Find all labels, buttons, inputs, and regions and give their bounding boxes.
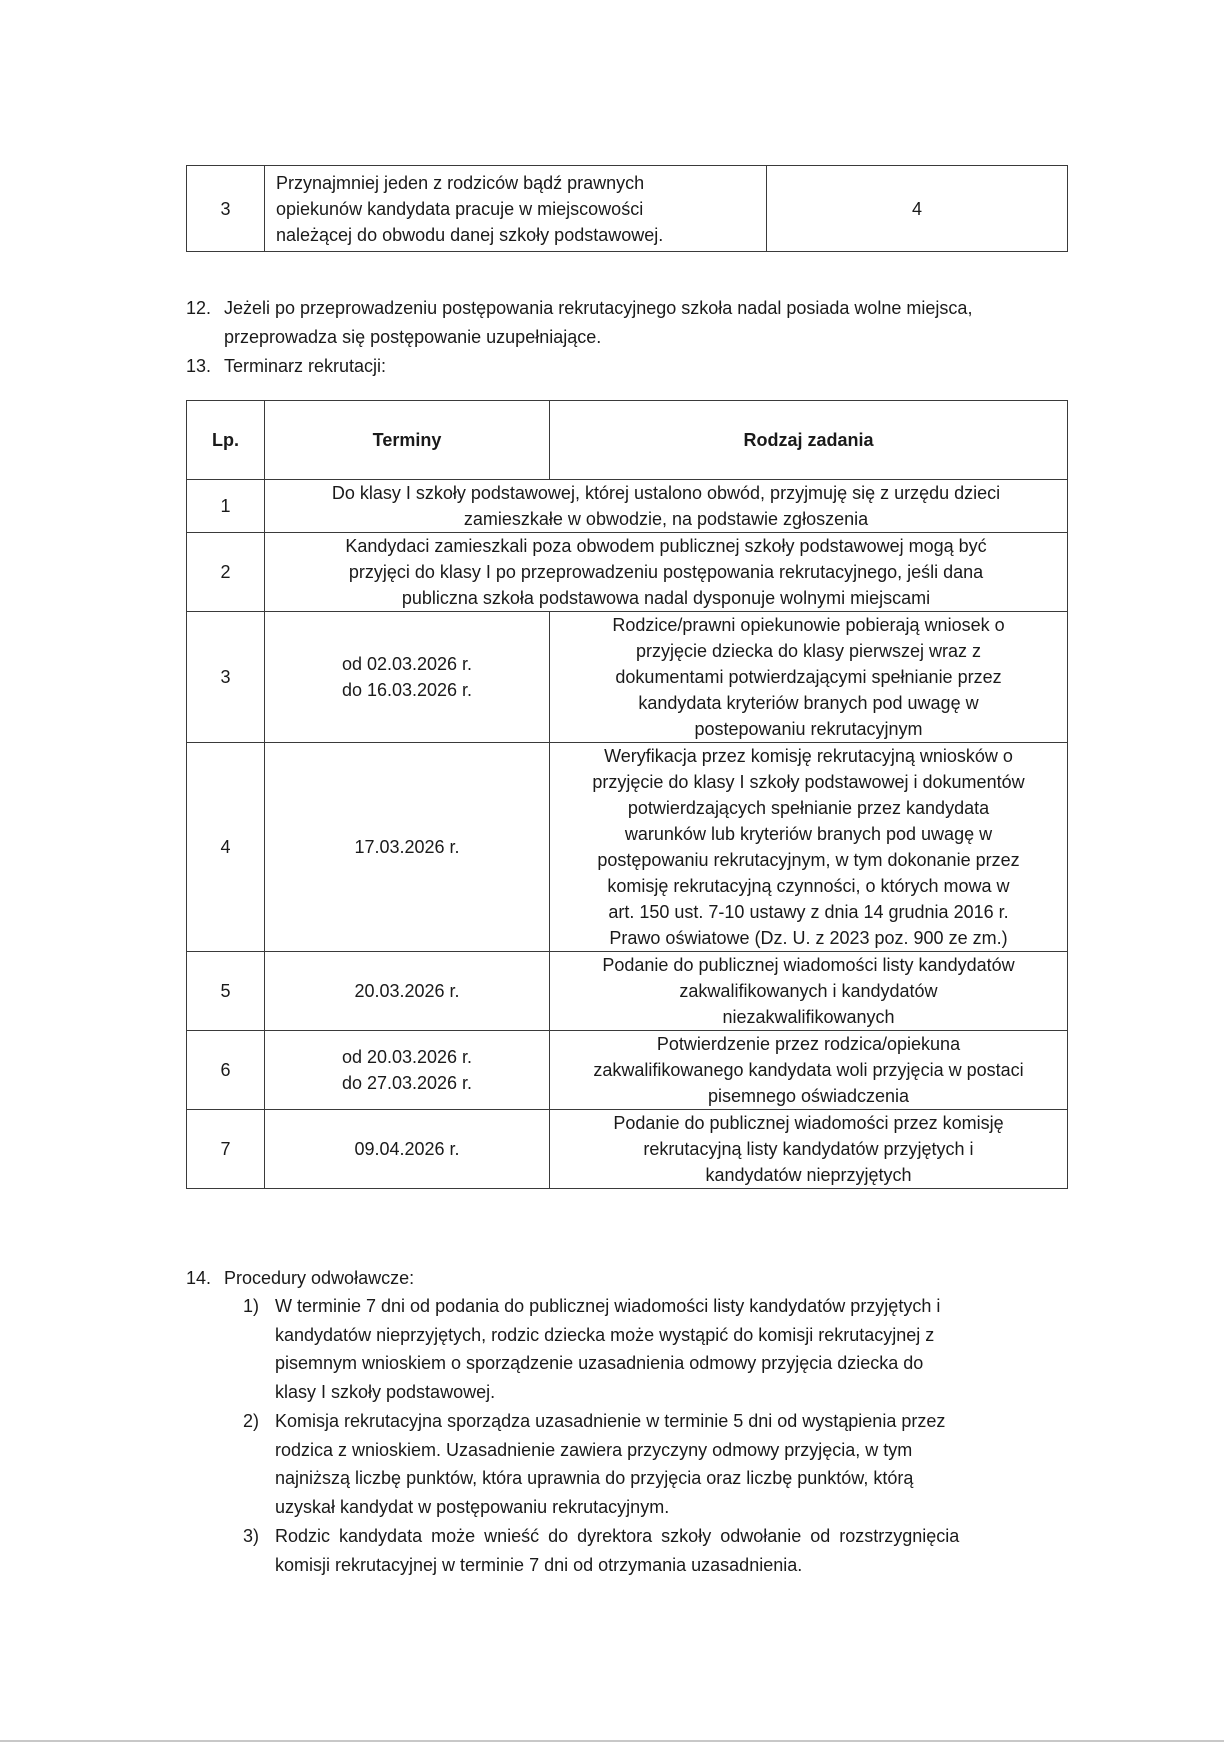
task-description: Podanie do publicznej wiadomości listy k… bbox=[550, 952, 1068, 1031]
list-marker: 1) bbox=[243, 1292, 259, 1321]
text-line: Do klasy I szkoły podstawowej, której us… bbox=[271, 480, 1061, 506]
text-line: komisję rekrutacyjną czynności, o któryc… bbox=[556, 873, 1061, 899]
schedule-table: Lp. Terminy Rodzaj zadania 1Do klasy I s… bbox=[186, 400, 1068, 1189]
section-13: 13.Terminarz rekrutacji: bbox=[186, 352, 386, 381]
text-line: art. 150 ust. 7-10 ustawy z dnia 14 grud… bbox=[556, 899, 1061, 925]
criteria-table: 3 Przynajmniej jeden z rodziców bądź pra… bbox=[186, 165, 1068, 252]
table-row: 3od 02.03.2026 r.do 16.03.2026 r.Rodzice… bbox=[187, 612, 1068, 743]
text-line: kandydatów nieprzyjętych, rodzic dziecka… bbox=[275, 1321, 1070, 1350]
text-line: postepowaniu rekrutacyjnym bbox=[556, 716, 1061, 742]
text-line: kandydatów nieprzyjętych bbox=[556, 1162, 1061, 1188]
task-description: Potwierdzenie przez rodzica/opiekunazakw… bbox=[550, 1031, 1068, 1110]
table-row: 3 Przynajmniej jeden z rodziców bądź pra… bbox=[187, 166, 1068, 252]
text-line: od 20.03.2026 r. bbox=[265, 1044, 549, 1070]
row-number: 6 bbox=[187, 1031, 265, 1110]
text-line: Prawo oświatowe (Dz. U. z 2023 poz. 900 … bbox=[556, 925, 1061, 951]
text-line: Przynajmniej jeden z rodziców bądź prawn… bbox=[276, 170, 766, 196]
term-dates: od 20.03.2026 r.do 27.03.2026 r. bbox=[265, 1031, 550, 1110]
text-line: warunków lub kryteriów branych pod uwagę… bbox=[556, 821, 1061, 847]
text-line: uzyskał kandydat w postępowaniu rekrutac… bbox=[275, 1493, 1070, 1522]
text-line: przyjęci do klasy I po przeprowadzeniu p… bbox=[271, 559, 1061, 585]
text-line: Weryfikacja przez komisję rekrutacyjną w… bbox=[556, 743, 1061, 769]
section-12-continuation: przeprowadza się postępowanie uzupełniaj… bbox=[224, 323, 601, 352]
text-line: niezakwalifikowanych bbox=[556, 1004, 1061, 1030]
text-line: postępowaniu rekrutacyjnym, w tym dokona… bbox=[556, 847, 1061, 873]
text-line: W terminie 7 dni od podania do publiczne… bbox=[275, 1292, 1070, 1321]
table-row: 417.03.2026 r.Weryfikacja przez komisję … bbox=[187, 743, 1068, 952]
criteria-description: Przynajmniej jeden z rodziców bądź prawn… bbox=[265, 166, 767, 252]
list-marker: 3) bbox=[243, 1522, 259, 1551]
row-number: 1 bbox=[187, 480, 265, 533]
section-14: 14.Procedury odwoławcze: bbox=[186, 1264, 414, 1293]
page-bottom-edge bbox=[0, 1740, 1224, 1742]
section-title: Terminarz rekrutacji: bbox=[224, 356, 386, 376]
table-row: 2Kandydaci zamieszkali poza obwodem publ… bbox=[187, 533, 1068, 612]
text-line: 20.03.2026 r. bbox=[265, 978, 549, 1004]
text-line: Rodzice/prawni opiekunowie pobierają wni… bbox=[556, 612, 1061, 638]
term-dates: od 02.03.2026 r.do 16.03.2026 r. bbox=[265, 612, 550, 743]
text-line: dokumentami potwierdzającymi spełnianie … bbox=[556, 664, 1061, 690]
task-description: Podanie do publicznej wiadomości przez k… bbox=[550, 1110, 1068, 1189]
row-number: 5 bbox=[187, 952, 265, 1031]
section-12: 12.Jeżeli po przeprowadzeniu postępowani… bbox=[186, 294, 972, 323]
section-text-line: Jeżeli po przeprowadzeniu postępowania r… bbox=[224, 298, 972, 318]
text-line: do 16.03.2026 r. bbox=[265, 677, 549, 703]
text-line: przyjęcie dziecka do klasy pierwszej wra… bbox=[556, 638, 1061, 664]
merged-description: Do klasy I szkoły podstawowej, której us… bbox=[265, 480, 1068, 533]
schedule-table-body: 1Do klasy I szkoły podstawowej, której u… bbox=[187, 480, 1068, 1189]
criteria-points: 4 bbox=[767, 166, 1068, 252]
text-line: Podanie do publicznej wiadomości listy k… bbox=[556, 952, 1061, 978]
row-number: 2 bbox=[187, 533, 265, 612]
text-line: do 27.03.2026 r. bbox=[265, 1070, 549, 1096]
text-line: kandydata kryteriów branych pod uwagę w bbox=[556, 690, 1061, 716]
task-description: Weryfikacja przez komisję rekrutacyjną w… bbox=[550, 743, 1068, 952]
text-line: zamieszkałe w obwodzie, na podstawie zgł… bbox=[271, 506, 1061, 532]
text-line: zakwalifikowanych i kandydatów bbox=[556, 978, 1061, 1004]
text-line: Komisja rekrutacyjna sporządza uzasadnie… bbox=[275, 1407, 1070, 1436]
table-row: 709.04.2026 r.Podanie do publicznej wiad… bbox=[187, 1110, 1068, 1189]
text-line: opiekunów kandydata pracuje w miejscowoś… bbox=[276, 196, 766, 222]
text-line: pisemnym wnioskiem o sporządzenie uzasad… bbox=[275, 1349, 1070, 1378]
text-line: rekrutacyjną listy kandydatów przyjętych… bbox=[556, 1136, 1061, 1162]
section-title: Procedury odwoławcze: bbox=[224, 1268, 414, 1288]
row-number: 7 bbox=[187, 1110, 265, 1189]
appeal-item-3: 3) Rodzic kandydata może wnieść do dyrek… bbox=[275, 1522, 1070, 1579]
text-line: 17.03.2026 r. bbox=[265, 834, 549, 860]
text-line: publiczna szkoła podstawowa nadal dyspon… bbox=[271, 585, 1061, 611]
merged-description: Kandydaci zamieszkali poza obwodem publi… bbox=[265, 533, 1068, 612]
term-dates: 20.03.2026 r. bbox=[265, 952, 550, 1031]
section-number: 12. bbox=[186, 294, 224, 323]
appeal-item-1: 1) W terminie 7 dni od podania do public… bbox=[275, 1292, 1070, 1406]
row-number: 3 bbox=[187, 612, 265, 743]
text-line: pisemnego oświadczenia bbox=[556, 1083, 1061, 1109]
text-line: najniższą liczbę punktów, która uprawnia… bbox=[275, 1464, 1070, 1493]
text-line: potwierdzających spełnianie przez kandyd… bbox=[556, 795, 1061, 821]
term-dates: 17.03.2026 r. bbox=[265, 743, 550, 952]
table-row: 520.03.2026 r.Podanie do publicznej wiad… bbox=[187, 952, 1068, 1031]
text-line: rodzica z wnioskiem. Uzasadnienie zawier… bbox=[275, 1436, 1070, 1465]
section-number: 14. bbox=[186, 1264, 224, 1293]
table-header-row: Lp. Terminy Rodzaj zadania bbox=[187, 401, 1068, 480]
task-description: Rodzice/prawni opiekunowie pobierają wni… bbox=[550, 612, 1068, 743]
table-row: 1Do klasy I szkoły podstawowej, której u… bbox=[187, 480, 1068, 533]
text-line: komisji rekrutacyjnej w terminie 7 dni o… bbox=[275, 1551, 1070, 1580]
appeal-item-2: 2) Komisja rekrutacyjna sporządza uzasad… bbox=[275, 1407, 1070, 1521]
header-lp: Lp. bbox=[187, 401, 265, 480]
text-line: Potwierdzenie przez rodzica/opiekuna bbox=[556, 1031, 1061, 1057]
text-line: Podanie do publicznej wiadomości przez k… bbox=[556, 1110, 1061, 1136]
header-task: Rodzaj zadania bbox=[550, 401, 1068, 480]
text-line: przyjęcie do klasy I szkoły podstawowej … bbox=[556, 769, 1061, 795]
criteria-number: 3 bbox=[187, 166, 265, 252]
table-row: 6od 20.03.2026 r.do 27.03.2026 r.Potwier… bbox=[187, 1031, 1068, 1110]
text-line: Kandydaci zamieszkali poza obwodem publi… bbox=[271, 533, 1061, 559]
text-line: od 02.03.2026 r. bbox=[265, 651, 549, 677]
list-marker: 2) bbox=[243, 1407, 259, 1436]
text-line: zakwalifikowanego kandydata woli przyjęc… bbox=[556, 1057, 1061, 1083]
term-dates: 09.04.2026 r. bbox=[265, 1110, 550, 1189]
text-line: klasy I szkoły podstawowej. bbox=[275, 1378, 1070, 1407]
text-line: Rodzic kandydata może wnieść do dyrektor… bbox=[275, 1522, 1070, 1551]
row-number: 4 bbox=[187, 743, 265, 952]
section-number: 13. bbox=[186, 352, 224, 381]
text-line: należącej do obwodu danej szkoły podstaw… bbox=[276, 222, 766, 248]
header-terms: Terminy bbox=[265, 401, 550, 480]
text-line: 09.04.2026 r. bbox=[265, 1136, 549, 1162]
